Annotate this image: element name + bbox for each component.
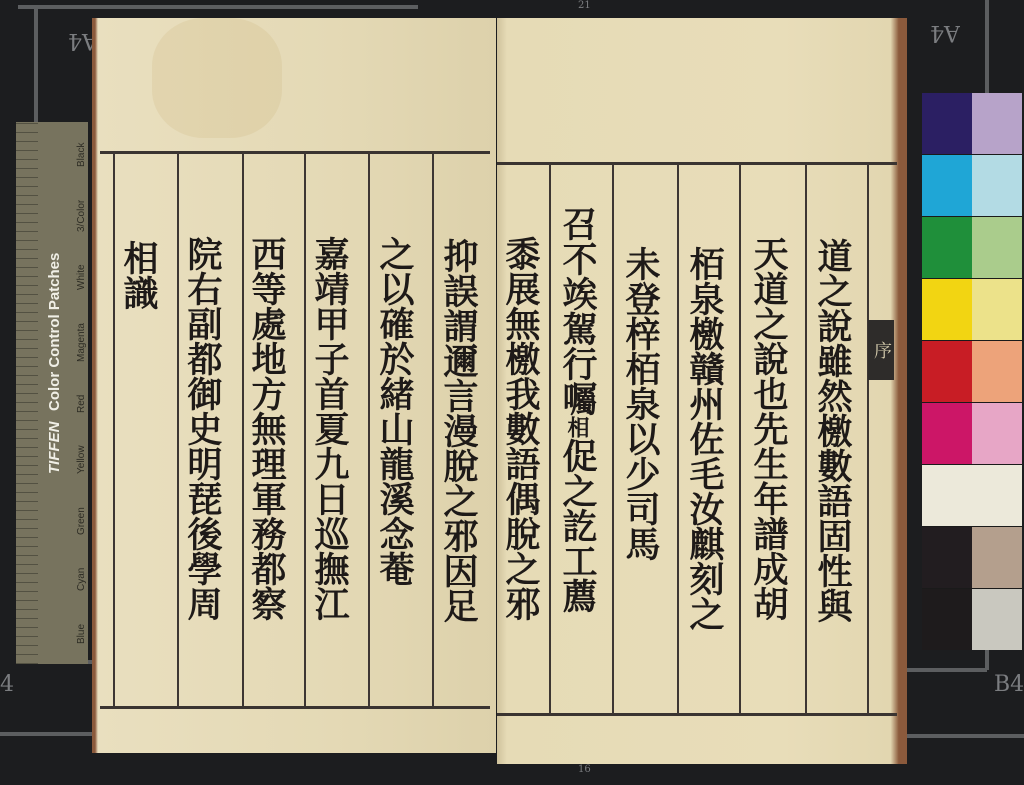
brand-title: Color Control Patches <box>46 252 63 410</box>
column-rule <box>549 164 551 714</box>
text-column: 相識 <box>118 240 158 330</box>
color-name: White <box>76 264 90 290</box>
guide-label-b4: B4 <box>994 672 1024 697</box>
text-column: 天道之說也先生年譜成胡 <box>748 236 788 716</box>
ruler-mark-bottom: 16 <box>578 764 591 775</box>
water-stain <box>152 18 282 138</box>
patch-row <box>922 279 1022 341</box>
patch-magenta-light <box>972 403 1022 464</box>
patch-row <box>922 403 1022 465</box>
guide-line-top <box>18 5 418 9</box>
text-segment: 促之訖工薦 <box>557 438 598 613</box>
patch-yellow-light <box>972 279 1022 340</box>
left-frame-bottom <box>100 706 490 709</box>
patch-green-light <box>972 217 1022 278</box>
patch-white <box>922 465 1022 526</box>
column-rule <box>242 152 244 706</box>
guide-label-4: 4 <box>0 672 14 697</box>
text-column: 栢泉檄贛州佐毛汝麒刻之 <box>684 246 724 716</box>
text-column: 嘉靖甲子首夏九日巡撫江 <box>309 236 349 706</box>
right-frame-top <box>497 162 897 165</box>
patch-row <box>922 93 1022 155</box>
column-rule <box>612 164 614 714</box>
color-name: Cyan <box>76 568 90 591</box>
patch-gray <box>972 589 1022 650</box>
left-page <box>92 18 496 753</box>
patch-3color-light <box>972 527 1022 588</box>
text-column: 院右副都御史明琵後學周 <box>182 236 222 706</box>
column-rule <box>867 164 869 714</box>
guide-line-right <box>985 0 989 95</box>
color-control-ruler: TIFFEN Color Control Patches Blue Cyan G… <box>16 122 88 664</box>
guide-line-bottom-right <box>907 734 1024 738</box>
column-rule <box>739 164 741 714</box>
column-rule <box>677 164 679 714</box>
color-name: Red <box>76 395 90 413</box>
column-rule <box>113 152 115 706</box>
text-column: 之以確於緒山龍溪念菴 <box>374 236 414 666</box>
patch-blue-light <box>972 93 1022 154</box>
patch-red <box>922 341 972 402</box>
ruler-mark-top: 21 <box>578 0 591 11</box>
color-name: Green <box>76 507 90 535</box>
brand-name: TIFFEN <box>46 421 63 474</box>
patch-row <box>922 527 1022 589</box>
guide-label-a4-right: A4 <box>930 20 960 45</box>
color-name: 3/Color <box>76 199 90 231</box>
patch-red-light <box>972 341 1022 402</box>
text-segment: 召不竢駕行囑 <box>557 206 598 416</box>
column-rule <box>177 152 179 706</box>
patch-blue <box>922 93 972 154</box>
text-column: 召不竢駕行囑相促之訖工薦 <box>557 206 597 716</box>
patch-cyan <box>922 155 972 216</box>
guide-line-mid-right <box>907 668 987 672</box>
column-rule <box>368 152 370 706</box>
patch-magenta <box>922 403 972 464</box>
ruler-ticks <box>16 122 38 664</box>
color-patch-chart <box>922 93 1022 650</box>
patch-green <box>922 217 972 278</box>
patch-yellow <box>922 279 972 340</box>
column-rule <box>304 152 306 706</box>
ruler-color-names: Blue Cyan Green Yellow Red Magenta White… <box>76 122 90 664</box>
text-column: 黍展無檄我數語偶脫之邪 <box>500 236 540 716</box>
patch-row <box>922 217 1022 279</box>
guide-line-bottom-left <box>0 732 95 736</box>
patch-row <box>922 465 1022 527</box>
color-name: Magenta <box>76 323 90 362</box>
color-name: Black <box>76 142 90 166</box>
text-column: 道之說雖然檄數語固性與 <box>812 238 852 718</box>
patch-3color <box>922 527 972 588</box>
fold-label: 序 <box>868 320 894 380</box>
patch-cyan-light <box>972 155 1022 216</box>
text-column: 抑誤謂邇言漫脫之邪因足 <box>438 238 478 708</box>
patch-row <box>922 589 1022 650</box>
color-name: Blue <box>76 624 90 644</box>
column-rule <box>805 164 807 714</box>
patch-black <box>922 589 972 650</box>
text-column: 西等處地方無理軍務都察 <box>246 236 286 706</box>
guide-line-left <box>34 5 38 125</box>
interlinear-note: 相 <box>564 416 590 438</box>
text-column: 未登梓栢泉以少司馬 <box>620 246 660 646</box>
patch-row <box>922 341 1022 403</box>
color-name: Yellow <box>76 446 90 475</box>
column-rule <box>432 152 434 706</box>
patch-row <box>922 155 1022 217</box>
